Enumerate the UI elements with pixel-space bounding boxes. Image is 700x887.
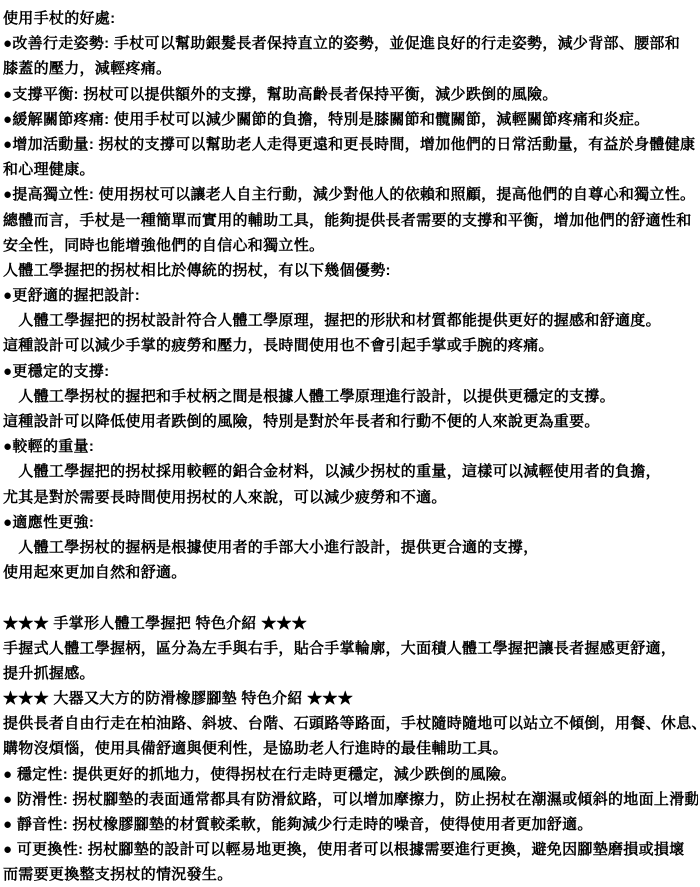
text-line-28: ★★★ 大器又大方的防滑橡膠腳墊 特色介紹 ★★★ [3, 686, 698, 711]
text-line-1: 使用手杖的好處: [3, 6, 698, 31]
text-line-30: 購物沒煩惱，使用具備舒適與便利性，是協助老人行進時的最佳輔助工具。 [3, 736, 698, 761]
text-line-25: ★★★ 手掌形人體工學握把 特色介紹 ★★★ [3, 611, 698, 636]
text-line-26: 手握式人體工學握柄，區分為左手與右手，貼合手掌輪廓，大面積人體工學握把讓長者握感… [3, 636, 698, 661]
text-line-8: ●提高獨立性: 使用拐杖可以讓老人自主行動，減少對他人的依賴和照顧，提高他們的自… [3, 182, 698, 207]
text-line-34: ● 可更換性: 拐杖腳墊的設計可以輕易地更換，使用者可以根據需要進行更換，避免因… [3, 837, 698, 862]
text-line-17: 這種設計可以降低使用者跌倒的風險，特別是對於年長者和行動不便的人來說更為重要。 [3, 409, 698, 434]
text-line-7: 和心理健康。 [3, 157, 698, 182]
text-line-2: ●改善行走姿勢: 手杖可以幫助銀髮長者保持直立的姿勢，並促進良好的行走姿勢，減少… [3, 31, 698, 56]
text-line-18: ●較輕的重量: [3, 434, 698, 459]
text-line-6: ●增加活動量: 拐杖的支撐可以幫助老人走得更遠和更長時間，增加他們的日常活動量，… [3, 132, 698, 157]
text-line-32: ● 防滑性: 拐杖腳墊的表面通常都具有防滑紋路，可以增加摩擦力，防止拐杖在潮濕或… [3, 787, 698, 812]
text-line-10: 安全性，同時也能增強他們的自信心和獨立性。 [3, 233, 698, 258]
text-line-31: ● 穩定性: 提供更好的抓地力，使得拐杖在行走時更穩定，減少跌倒的風險。 [3, 762, 698, 787]
text-line-14: 這種設計可以減少手掌的疲勞和壓力，長時間使用也不會引起手掌或手腕的疼痛。 [3, 333, 698, 358]
text-line-9: 總體而言，手杖是一種簡單而實用的輔助工具，能夠提供長者需要的支撐和平衡，增加他們… [3, 208, 698, 233]
text-line-5: ●緩解關節疼痛: 使用手杖可以減少關節的負擔，特別是膝關節和髖關節，減輕關節疼痛… [3, 107, 698, 132]
text-line-21: ●適應性更強: [3, 510, 698, 535]
text-line-19: 人體工學握把的拐杖採用較輕的鋁合金材料，以減少拐杖的重量，這樣可以減輕使用者的負… [3, 459, 698, 484]
text-line-23: 使用起來更加自然和舒適。 [3, 560, 698, 585]
text-line-4: ●支撐平衡: 拐杖可以提供額外的支撐，幫助高齡長者保持平衡，減少跌倒的風險。 [3, 82, 698, 107]
text-line-33: ● 靜音性: 拐杖橡膠腳墊的材質較柔軟，能夠減少行走時的噪音，使得使用者更加舒適… [3, 812, 698, 837]
text-line-16: 人體工學拐杖的握把和手杖柄之間是根據人體工學原理進行設計，以提供更穩定的支撐。 [3, 384, 698, 409]
text-line-15: ●更穩定的支撐: [3, 359, 698, 384]
text-line-3: 膝蓋的壓力，減輕疼痛。 [3, 56, 698, 81]
text-line-11: 人體工學握把的拐杖相比於傳統的拐杖，有以下幾個優勢: [3, 258, 698, 283]
text-line-27: 提升抓握感。 [3, 661, 698, 686]
text-line-13: 人體工學握把的拐杖設計符合人體工學原理，握把的形狀和材質都能提供更好的握感和舒適… [3, 308, 698, 333]
text-line-12: ●更舒適的握把設計: [3, 283, 698, 308]
document-page: 使用手杖的好處:●改善行走姿勢: 手杖可以幫助銀髮長者保持直立的姿勢，並促進良好… [0, 0, 700, 887]
text-line-35: 而需要更換整支拐杖的情況發生。 [3, 862, 698, 887]
text-line-29: 提供長者自由行走在柏油路、斜坡、台階、石頭路等路面，手杖隨時隨地可以站立不傾倒，… [3, 711, 698, 736]
blank-line [3, 585, 698, 610]
text-line-20: 尤其是對於需要長時間使用拐杖的人來說，可以減少疲勞和不適。 [3, 485, 698, 510]
text-line-22: 人體工學拐杖的握柄是根據使用者的手部大小進行設計，提供更合適的支撐， [3, 535, 698, 560]
